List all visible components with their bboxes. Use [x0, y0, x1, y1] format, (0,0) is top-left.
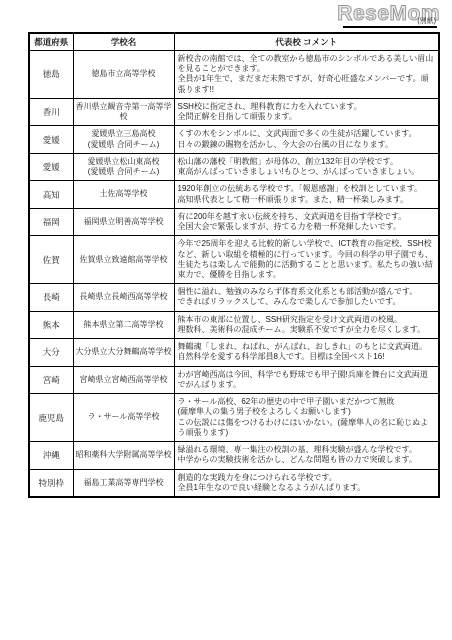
- prefecture-cell: 高知: [29, 181, 73, 208]
- comment-cell: 新校舎の南館では、全ての教室から徳島市のシンボルである美しい眉山を見ることができ…: [174, 51, 439, 99]
- header-representative-comment: 代表校 コメント: [174, 33, 439, 51]
- comment-cell: わが宮崎西高は今回、科学でも野球でも甲子園!兵庫を舞台に文武両道でがんばります。: [174, 366, 439, 393]
- prefecture-cell: 香川: [29, 98, 73, 125]
- comment-cell: 松山藩の藩校「明教館」が母体の、創立132年目の学校です。 東高がんばっていきま…: [174, 153, 439, 180]
- comment-cell: ラ・サール高校、62年の歴史の中で甲子園いまだかつて無敗 (薩摩隼人の集う男子校…: [174, 394, 439, 442]
- prefecture-cell: 大分: [29, 339, 73, 366]
- table-row: 鹿児島 ラ・サール高等学校 ラ・サール高校、62年の歴史の中で甲子園いまだかつて…: [29, 394, 439, 442]
- school-name-cell: 熊本県立第二高等学校: [73, 311, 174, 338]
- comment-cell: 1920年創立の伝統ある学校です。「報恩感謝」を校訓としています。 高知県代表と…: [174, 181, 439, 208]
- prefecture-cell: 沖縄: [29, 442, 73, 469]
- prefecture-cell: 宮崎: [29, 366, 73, 393]
- header-school-name: 学校名: [73, 33, 174, 51]
- comment-cell: SSH校に指定され、理科教育に力を入れています。 全問正解を目指して頑張ります。: [174, 98, 439, 125]
- table-row: 長崎 長崎県立長崎西高等学校 個性に溢れ、勉強のみならず体育系文化系とも部活動が…: [29, 284, 439, 311]
- comment-cell: くすの木をシンボルに、文武両面で多くの生徒が活躍しています。 日々の鍛錬の賜物を…: [174, 126, 439, 153]
- table-header-row: 都道府県 学校名 代表校 コメント: [29, 33, 439, 51]
- table-row: 徳島 徳島市立高等学校 新校舎の南館では、全ての教室から徳島市のシンボルである美…: [29, 51, 439, 99]
- school-name-cell: 宮崎県立宮崎西高等学校: [73, 366, 174, 393]
- comment-cell: 個性に溢れ、勉強のみならず体育系文化系とも部活動が盛んです。 できればリラックス…: [174, 284, 439, 311]
- header-rule: [343, 26, 437, 28]
- table-body: 徳島 徳島市立高等学校 新校舎の南館では、全ての教室から徳島市のシンボルである美…: [29, 51, 439, 497]
- prefecture-cell: 特別枠: [29, 469, 73, 497]
- representative-schools-table: 都道府県 学校名 代表校 コメント 徳島 徳島市立高等学校 新校舎の南館では、全…: [28, 32, 440, 498]
- school-name-cell: 愛媛県立三島高校 (愛媛県 合同チーム): [73, 126, 174, 153]
- comment-cell: 舞鶴魂「しまれ、ねばれ、がんばれ、おしきれ」のもとに文武両道。 自然科学を愛する…: [174, 339, 439, 366]
- table-row: 愛媛 愛媛県立三島高校 (愛媛県 合同チーム) くすの木をシンボルに、文武両面で…: [29, 126, 439, 153]
- table-row: 愛媛 愛媛県立松山東高校 (愛媛県 合同チーム) 松山藩の藩校「明教館」が母体の…: [29, 153, 439, 180]
- prefecture-cell: 福岡: [29, 208, 73, 235]
- school-name-cell: 長崎県立長崎西高等学校: [73, 284, 174, 311]
- comment-cell: 熊本市の東部に位置し、SSH研究指定を受け文武両道の校風。 理数科、美術科の混成…: [174, 311, 439, 338]
- table-row: 沖縄 昭和薬科大学附属高等学校 緑溢れる環境、専一集注の校訓の基、理科実験が盛ん…: [29, 442, 439, 469]
- school-name-cell: 福岡県立明善高等学校: [73, 208, 174, 235]
- school-name-cell: 大分県立大分舞鶴高等学校: [73, 339, 174, 366]
- table-row: 福岡 福岡県立明善高等学校 有に200年を越す永い伝統を持ち、文武両道を目指す学…: [29, 208, 439, 235]
- comment-cell: 有に200年を越す永い伝統を持ち、文武両道を目指す学校です。 全国大会で緊張しま…: [174, 208, 439, 235]
- header-prefecture: 都道府県: [29, 33, 73, 51]
- school-name-cell: 福島工業高等専門学校: [73, 469, 174, 497]
- school-name-cell: 徳島市立高等学校: [73, 51, 174, 99]
- school-name-cell: 昭和薬科大学附属高等学校: [73, 442, 174, 469]
- attachment-label: (別紙): [417, 16, 436, 26]
- school-name-cell: 愛媛県立松山東高校 (愛媛県 合同チーム): [73, 153, 174, 180]
- prefecture-cell: 徳島: [29, 51, 73, 99]
- comment-cell: 創造的な実践力を身につけられる学校です。 全員1年生なので良い経験となるようがん…: [174, 469, 439, 497]
- table-row: 佐賀 佐賀県立致遠館高等学校 今年で25周年を迎える比較的新しい学校で、ICT教…: [29, 236, 439, 284]
- prefecture-cell: 愛媛: [29, 126, 73, 153]
- prefecture-cell: 熊本: [29, 311, 73, 338]
- prefecture-cell: 佐賀: [29, 236, 73, 284]
- table-row: 香川 香川県立観音寺第一高等学校 SSH校に指定され、理科教育に力を入れています…: [29, 98, 439, 125]
- prefecture-cell: 鹿児島: [29, 394, 73, 442]
- school-name-cell: 香川県立観音寺第一高等学校: [73, 98, 174, 125]
- comment-cell: 緑溢れる環境、専一集注の校訓の基、理科実験が盛んな学校です。 中学からの実験技術…: [174, 442, 439, 469]
- table-row: 熊本 熊本県立第二高等学校 熊本市の東部に位置し、SSH研究指定を受け文武両道の…: [29, 311, 439, 338]
- table-row: 特別枠 福島工業高等専門学校 創造的な実践力を身につけられる学校です。 全員1年…: [29, 469, 439, 497]
- school-name-cell: ラ・サール高等学校: [73, 394, 174, 442]
- prefecture-cell: 長崎: [29, 284, 73, 311]
- table-row: 大分 大分県立大分舞鶴高等学校 舞鶴魂「しまれ、ねばれ、がんばれ、おしきれ」のも…: [29, 339, 439, 366]
- comment-cell: 今年で25周年を迎える比較的新しい学校で、ICT教育の指定校、SSH校など、新し…: [174, 236, 439, 284]
- school-name-cell: 土佐高等学校: [73, 181, 174, 208]
- prefecture-cell: 愛媛: [29, 153, 73, 180]
- table-row: 高知 土佐高等学校 1920年創立の伝統ある学校です。「報恩感謝」を校訓としてい…: [29, 181, 439, 208]
- table-row: 宮崎 宮崎県立宮崎西高等学校 わが宮崎西高は今回、科学でも野球でも甲子園!兵庫を…: [29, 366, 439, 393]
- school-name-cell: 佐賀県立致遠館高等学校: [73, 236, 174, 284]
